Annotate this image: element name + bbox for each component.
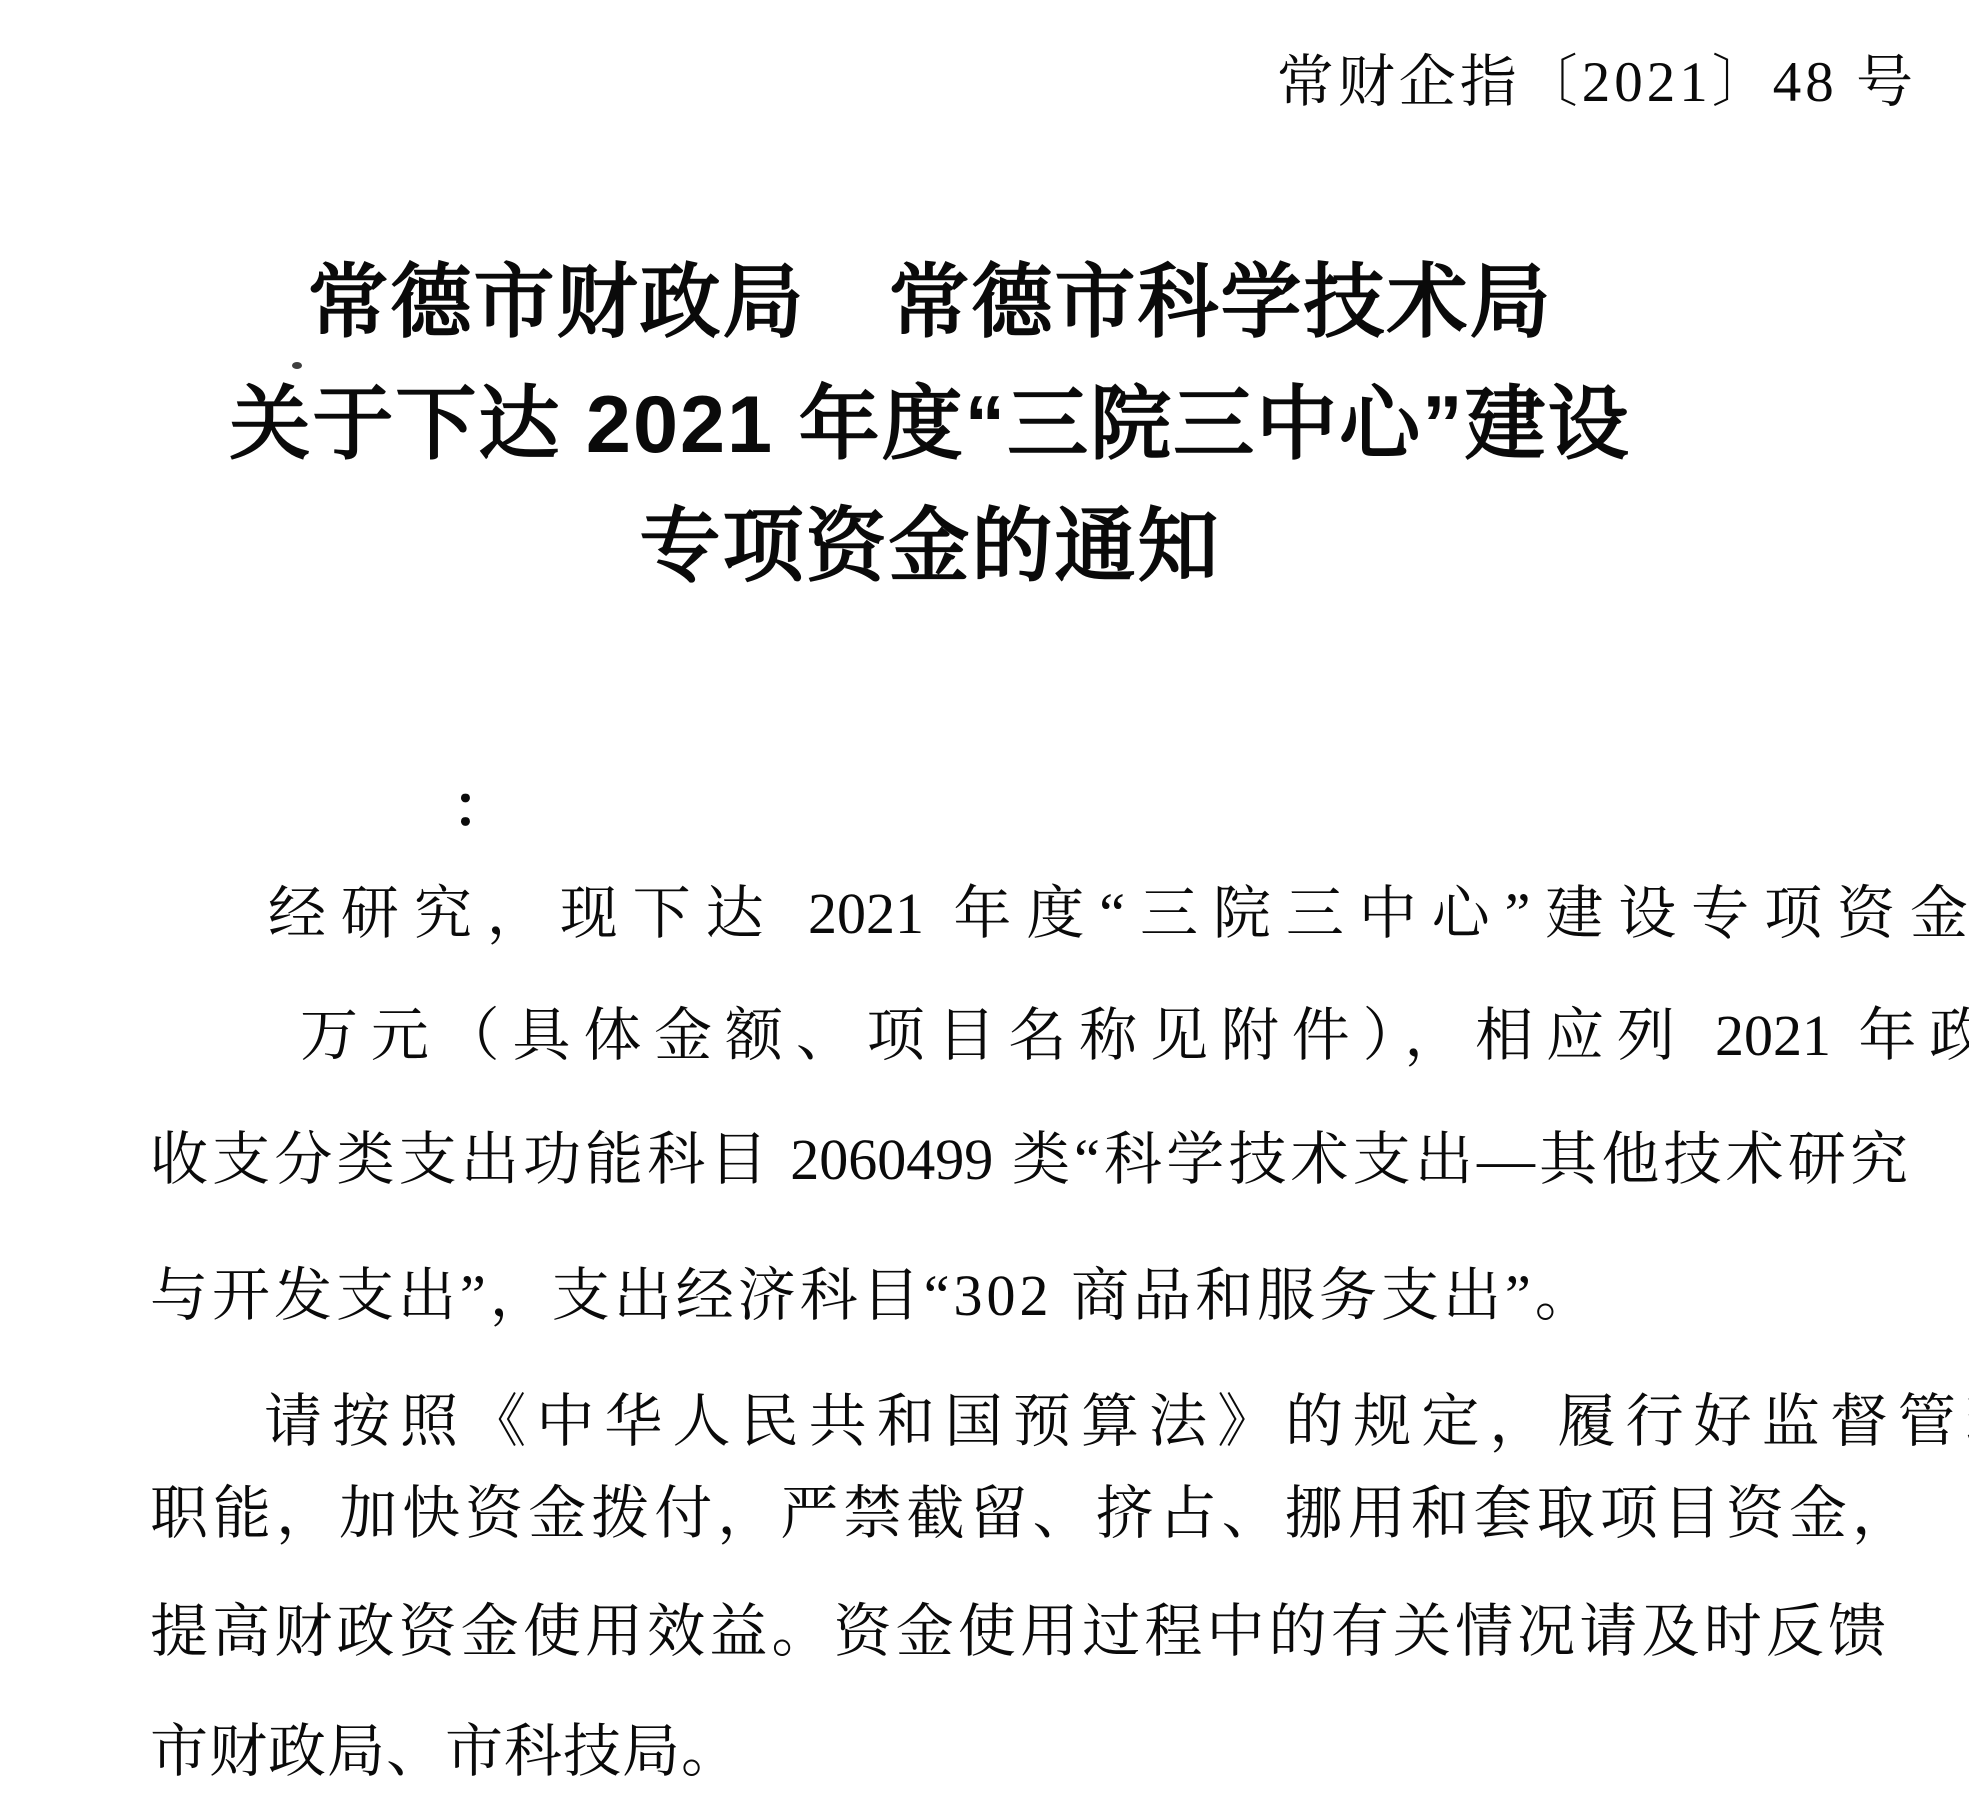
body-line: 请按照《中华人民共和国预算法》的规定，履行好监督管理: [150, 1390, 1969, 1454]
body-line: 职能，加快资金拨付，严禁截留、挤占、挪用和套取项目资金，: [150, 1482, 1910, 1546]
body-line: 万元（具体金额、项目名称见附件），相应列 2021 年政府: [150, 1004, 1969, 1068]
body-line: 收支分类支出功能科目 2060499 类“科学技术支出—其他技术研究: [150, 1128, 1908, 1192]
body-line: 与开发支出”，支出经济科目“302 商品和服务支出”。: [150, 1264, 1908, 1328]
document-reference-number: 常财企指〔2021〕48 号: [1277, 36, 1917, 118]
scan-artifact-speck: [292, 362, 302, 369]
body-line: 经研究，现下达 2021 年度“三院三中心”建设专项资金: [150, 882, 1968, 946]
addressee-colon: ：: [452, 760, 510, 844]
scanned-document-page: 常财企指〔2021〕48 号 常德市财政局 常德市科学技术局 关于下达 2021…: [0, 0, 1969, 1812]
title-line-notice: 专项资金的通知: [60, 486, 1800, 608]
title-line-subject: 关于下达 2021 年度“三院三中心”建设: [60, 364, 1800, 486]
body-line: 提高财政资金使用效益。资金使用过程中的有关情况请及时反馈: [150, 1600, 1886, 1664]
document-title: 常德市财政局 常德市科学技术局 关于下达 2021 年度“三院三中心”建设 专项…: [60, 242, 1800, 608]
title-line-issuers: 常德市财政局 常德市科学技术局: [60, 242, 1800, 364]
body-line: 市财政局、市科技局。: [150, 1720, 1908, 1784]
